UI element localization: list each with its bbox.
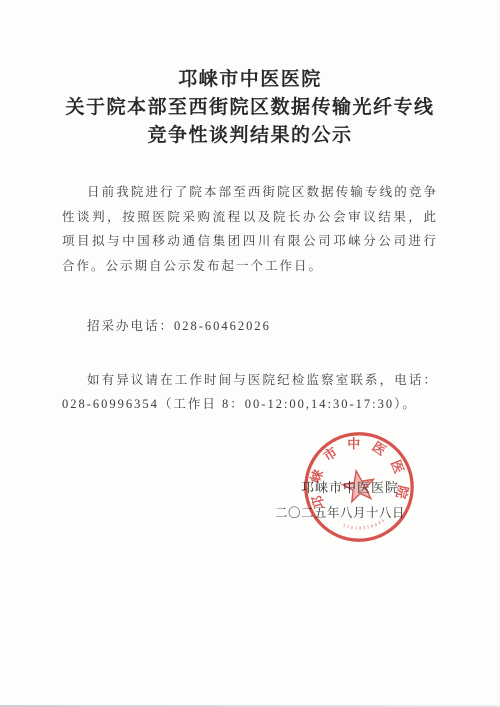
signature-block: 邛崃市中医医院 二〇二五年八月十八日 xyxy=(275,477,405,521)
paragraph-procurement-phone: 招采办电话：028-60462026 xyxy=(62,314,438,339)
title-line-hospital: 邛崃市中医医院 xyxy=(62,66,438,94)
title-line-subject: 关于院本部至西街院区数据传输光纤专线 xyxy=(62,94,438,122)
notice-document: 邛崃市中医医院 关于院本部至西街院区数据传输光纤专线 竞争性谈判结果的公示 日前… xyxy=(0,0,500,707)
title-line-result: 竞争性谈判结果的公示 xyxy=(62,122,438,150)
document-content: 邛崃市中医医院 关于院本部至西街院区数据传输光纤专线 竞争性谈判结果的公示 日前… xyxy=(0,0,500,417)
notice-title: 邛崃市中医医院 关于院本部至西街院区数据传输光纤专线 竞争性谈判结果的公示 xyxy=(62,66,438,150)
paragraph-negotiation-result: 日前我院进行了院本部至西街院区数据传输专线的竞争性谈判，按照医院采购流程以及院长… xyxy=(62,180,438,278)
paragraph-objection-contact: 如有异议请在工作时间与医院纪检监察室联系，电话：028-60996354（工作日… xyxy=(62,368,438,417)
signature-date: 二〇二五年八月十八日 xyxy=(275,503,405,521)
signature-org: 邛崃市中医医院 xyxy=(275,477,405,496)
